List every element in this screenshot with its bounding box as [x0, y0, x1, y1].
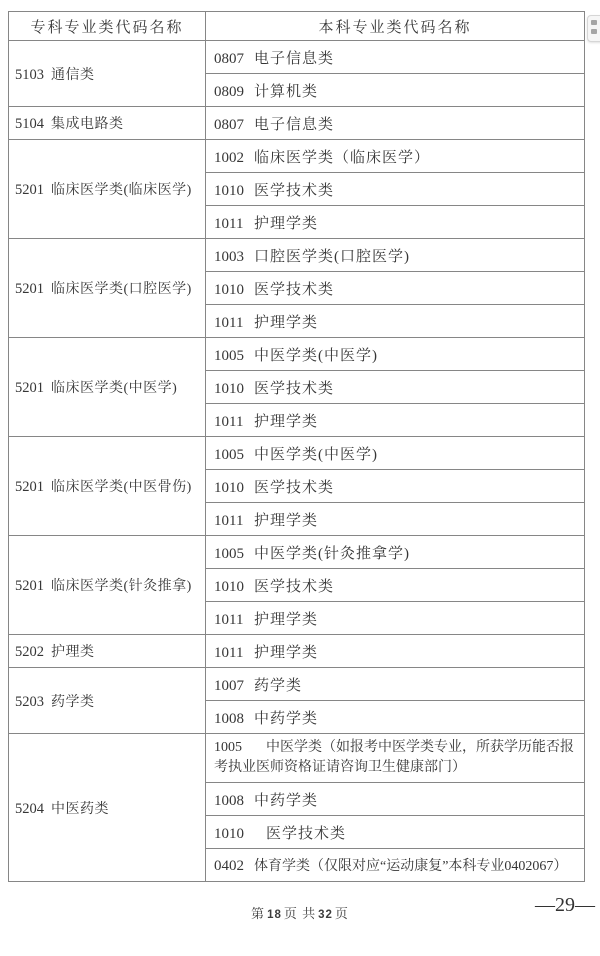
bach-name: 中医学类（如报考中医学类专业，所获学历能否报考执业医师资格证请咨询卫生健康部门）	[214, 740, 574, 775]
bach-name: 计算机类	[254, 84, 318, 100]
spec-code: 5204	[15, 801, 51, 818]
table-row: 5201临床医学类(针灸推拿) 1005中医学类(针灸推拿学)	[9, 536, 585, 569]
bach-major-cell: 1007药学类	[206, 668, 585, 701]
bach-name: 中医学类(针灸推拿学)	[254, 546, 410, 562]
spec-name: 临床医学类(中医学)	[51, 381, 177, 396]
spec-code: 5202	[15, 644, 51, 661]
bach-major-cell: 1011护理学类	[206, 305, 585, 338]
bach-major-cell: 1011护理学类	[206, 503, 585, 536]
bach-code: 1003	[214, 249, 254, 266]
bach-code: 1007	[214, 678, 254, 695]
bach-major-cell: 1010医学技术类	[206, 173, 585, 206]
footer-suffix: 页	[335, 906, 349, 921]
bach-code: 0809	[214, 84, 254, 101]
spec-major-cell: 5201临床医学类(口腔医学)	[9, 239, 206, 338]
page-footer: 第18页 共32页	[0, 903, 600, 922]
header-bach-majors: 本科专业类代码名称	[206, 12, 585, 41]
bach-code: 1010	[214, 183, 254, 200]
spec-code: 5201	[15, 479, 51, 496]
bach-name: 医学技术类	[254, 183, 334, 199]
spec-major-cell: 5202护理类	[9, 635, 206, 668]
spec-code: 5103	[15, 67, 51, 84]
spec-code: 5201	[15, 380, 51, 397]
bach-name: 口腔医学类(口腔医学)	[254, 249, 410, 265]
bach-code: 1005	[214, 348, 254, 365]
bach-major-cell: 1011护理学类	[206, 602, 585, 635]
toolbar-dot-icon	[591, 29, 597, 34]
bach-major-cell: 1002临床医学类（临床医学）	[206, 140, 585, 173]
spec-major-cell: 5201临床医学类(中医骨伤)	[9, 437, 206, 536]
bach-major-cell: 1005中医学类（如报考中医学类专业，所获学历能否报考执业医师资格证请咨询卫生健…	[206, 734, 585, 783]
bach-name: 护理学类	[254, 513, 318, 529]
bach-code: 1011	[214, 612, 254, 629]
spec-name: 药学类	[51, 695, 95, 710]
bach-code: 1010	[214, 381, 254, 398]
bach-code: 1011	[214, 414, 254, 431]
bach-major-cell: 1008中药学类	[206, 701, 585, 734]
bach-name: 中医学类(中医学)	[254, 348, 378, 364]
header-spec-majors: 专科专业类代码名称	[9, 12, 206, 41]
bach-code: 1010	[214, 282, 254, 299]
table-row: 5203药学类 1007药学类	[9, 668, 585, 701]
bach-major-cell: 1010医学技术类	[206, 816, 585, 849]
bach-code: 1008	[214, 711, 254, 728]
spec-major-cell: 5203药学类	[9, 668, 206, 734]
bach-name: 医学技术类	[254, 282, 334, 298]
bach-code: 1011	[214, 513, 254, 530]
spec-major-cell: 5201临床医学类(中医学)	[9, 338, 206, 437]
bach-code: 1008	[214, 793, 254, 810]
bach-major-cell: 1010医学技术类	[206, 371, 585, 404]
spec-name: 护理类	[51, 645, 95, 660]
table-row: 5104集成电路类 0807电子信息类	[9, 107, 585, 140]
bach-major-cell: 1003口腔医学类(口腔医学)	[206, 239, 585, 272]
bach-name: 护理学类	[254, 315, 318, 331]
bach-name: 医学技术类	[266, 826, 346, 842]
bach-name: 药学类	[254, 678, 302, 694]
bach-major-cell: 0807电子信息类	[206, 41, 585, 74]
bach-name: 电子信息类	[254, 117, 334, 133]
spec-code: 5104	[15, 116, 51, 133]
table-header-row: 专科专业类代码名称 本科专业类代码名称	[9, 12, 585, 41]
bach-major-cell: 1010医学技术类	[206, 272, 585, 305]
spec-name: 临床医学类(中医骨伤)	[51, 480, 192, 495]
bach-code: 1011	[214, 315, 254, 332]
footer-total-pages: 32	[318, 909, 333, 921]
bach-major-cell: 1005中医学类(中医学)	[206, 437, 585, 470]
spec-name: 中医药类	[51, 802, 109, 817]
bach-code: 1005	[214, 447, 254, 464]
spec-major-cell: 5204中医药类	[9, 734, 206, 882]
bach-major-cell: 1005中医学类(中医学)	[206, 338, 585, 371]
bach-major-cell: 1005中医学类(针灸推拿学)	[206, 536, 585, 569]
table-row: 5201临床医学类(口腔医学) 1003口腔医学类(口腔医学)	[9, 239, 585, 272]
bach-major-cell: 1010医学技术类	[206, 470, 585, 503]
table-row: 5202护理类 1011护理学类	[9, 635, 585, 668]
bach-major-cell: 0809计算机类	[206, 74, 585, 107]
document-page-number: —29—	[535, 894, 595, 917]
spec-name: 临床医学类(临床医学)	[51, 183, 192, 198]
bach-major-cell: 0807电子信息类	[206, 107, 585, 140]
bach-major-cell: 1011护理学类	[206, 206, 585, 239]
table-row: 5201临床医学类(中医骨伤) 1005中医学类(中医学)	[9, 437, 585, 470]
bach-name: 中药学类	[254, 793, 318, 809]
footer-current-page: 18	[267, 909, 282, 921]
bach-major-cell: 1010医学技术类	[206, 569, 585, 602]
spec-code: 5201	[15, 182, 51, 199]
bach-name: 护理学类	[254, 414, 318, 430]
spec-major-cell: 5201临床医学类(临床医学)	[9, 140, 206, 239]
bach-name: 中药学类	[254, 711, 318, 727]
bach-code: 1010	[214, 480, 254, 497]
bach-code: 1005	[214, 738, 266, 758]
bach-name: 电子信息类	[254, 51, 334, 67]
bach-major-cell: 1011护理学类	[206, 404, 585, 437]
spec-major-cell: 5104集成电路类	[9, 107, 206, 140]
spec-code: 5203	[15, 694, 51, 711]
table-row: 5201临床医学类(中医学) 1005中医学类(中医学)	[9, 338, 585, 371]
bach-name: 医学技术类	[254, 579, 334, 595]
toolbar-dot-icon	[591, 20, 597, 25]
bach-code: 1010	[214, 579, 254, 596]
table-row: 5103通信类 0807电子信息类	[9, 41, 585, 74]
bach-code: 0807	[214, 117, 254, 134]
footer-middle: 页 共	[284, 906, 316, 921]
spec-name: 集成电路类	[51, 117, 124, 132]
bach-code: 1011	[214, 645, 254, 662]
spec-code: 5201	[15, 281, 51, 298]
bach-name: 中医学类(中医学)	[254, 447, 378, 463]
bach-code: 1002	[214, 150, 254, 167]
bach-name: 医学技术类	[254, 381, 334, 397]
bach-major-cell: 1008中药学类	[206, 783, 585, 816]
bach-name: 体育学类（仅限对应“运动康复”本科专业0402067）	[254, 859, 567, 874]
bach-code: 0807	[214, 51, 254, 68]
bach-name: 护理学类	[254, 612, 318, 628]
bach-major-cell: 1011护理学类	[206, 635, 585, 668]
spec-name: 临床医学类(针灸推拿)	[51, 579, 192, 594]
bach-name: 临床医学类（临床医学）	[254, 150, 430, 166]
bach-major-cell: 0402体育学类（仅限对应“运动康复”本科专业0402067）	[206, 849, 585, 882]
table-row: 5201临床医学类(临床医学) 1002临床医学类（临床医学）	[9, 140, 585, 173]
spec-code: 5201	[15, 578, 51, 595]
bach-name: 医学技术类	[254, 480, 334, 496]
bach-name: 护理学类	[254, 216, 318, 232]
spec-name: 通信类	[51, 68, 95, 83]
floating-toolbar-icon[interactable]	[587, 15, 600, 42]
bach-code: 1010	[214, 826, 266, 843]
spec-major-cell: 5103通信类	[9, 41, 206, 107]
bach-code: 1011	[214, 216, 254, 233]
spec-major-cell: 5201临床医学类(针灸推拿)	[9, 536, 206, 635]
bach-code: 1005	[214, 546, 254, 563]
major-mapping-table: 专科专业类代码名称 本科专业类代码名称 5103通信类 0807电子信息类 08…	[8, 11, 585, 882]
bach-name: 护理学类	[254, 645, 318, 661]
table-row: 5204中医药类 1005中医学类（如报考中医学类专业，所获学历能否报考执业医师…	[9, 734, 585, 783]
footer-prefix: 第	[251, 906, 265, 921]
spec-name: 临床医学类(口腔医学)	[51, 282, 192, 297]
bach-code: 0402	[214, 858, 254, 875]
